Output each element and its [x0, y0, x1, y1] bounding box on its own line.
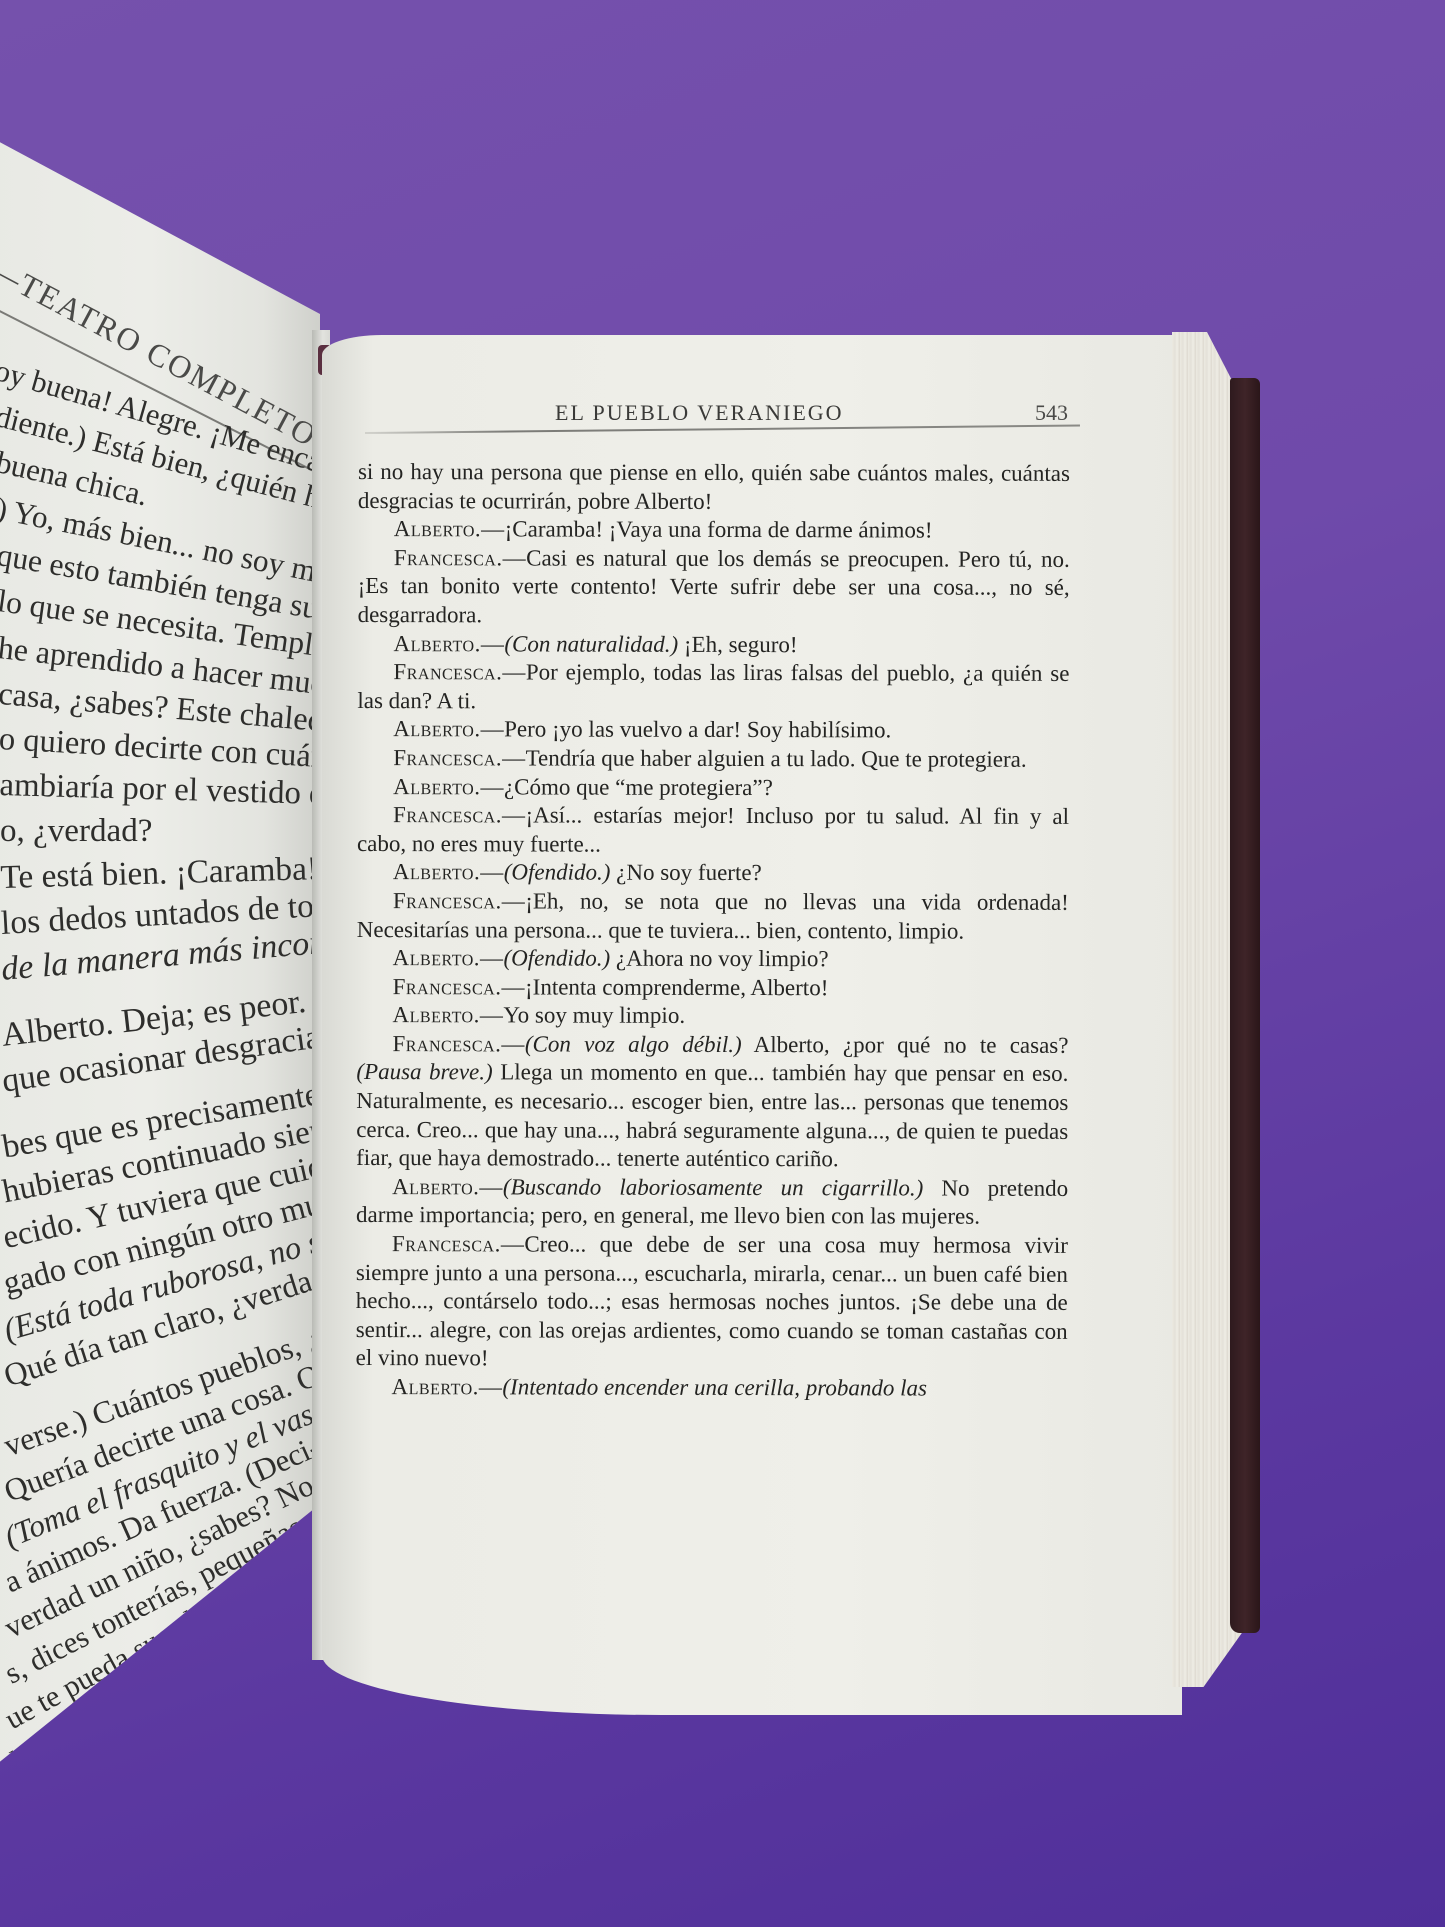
- speaker-name: Francesca.—: [393, 659, 525, 684]
- speaker-name: Alberto.—: [392, 1374, 503, 1399]
- speaker-name: Alberto.—: [393, 631, 504, 656]
- dialogue-paragraph: Alberto.—(Con naturalidad.) ¡Eh, seguro!: [357, 630, 1069, 660]
- stage-direction: (Ofendido.): [504, 945, 611, 970]
- dialogue-paragraph: Alberto.—(Ofendido.) ¿No soy fuerte?: [357, 858, 1069, 888]
- dialogue-text: ¿Ahora no voy limpio?: [610, 946, 829, 972]
- dialogue-text: ¿Cómo que “me protegiera”?: [504, 774, 773, 800]
- dialogue-paragraph: Alberto.—¡Caramba! ¡Vaya una forma de da…: [358, 515, 1070, 545]
- dialogue-text: si no hay una persona que piense en ello…: [358, 459, 1070, 514]
- speaker-name: Francesca.—: [392, 1231, 524, 1256]
- dialogue-text: Alberto, ¿por qué no te casas?: [742, 1032, 1069, 1058]
- dialogue-paragraph: Francesca.—¡Así... estarías mejor! Inclu…: [357, 801, 1069, 860]
- dialogue-text: ¡Eh, seguro!: [678, 631, 798, 656]
- speaker-name: Alberto.—: [393, 859, 504, 884]
- left-text-line: o, ¿verdad?: [0, 815, 152, 848]
- book-cover-edge: [1230, 378, 1260, 1633]
- dialogue-text: ¡Intenta comprenderme, Alberto!: [525, 974, 828, 1000]
- left-text-line: ambiaría por el vestido de es: [0, 769, 320, 812]
- dialogue-paragraph: si no hay una persona que piense en ello…: [358, 458, 1070, 517]
- dialogue-paragraph: Francesca.—Casi es natural que los demás…: [358, 544, 1070, 632]
- stage-direction: (Intentado encender una cerilla, proband…: [502, 1374, 927, 1400]
- stage-direction: (Con voz algo débil.): [525, 1031, 742, 1057]
- speaker-name: Alberto.—: [393, 1002, 504, 1027]
- stage-direction: (Buscando laboriosamente un cigarrillo.): [503, 1174, 923, 1200]
- dialogue-paragraph: Francesca.—Creo... que debe de ser una c…: [356, 1230, 1068, 1375]
- speaker-name: Francesca.—: [393, 802, 525, 827]
- speaker-name: Francesca.—: [393, 745, 525, 770]
- dialogue-paragraph: Alberto.—(Intentado encender una cerilla…: [356, 1373, 1068, 1403]
- dialogue-paragraph: Alberto.—Pero ¡yo las vuelvo a dar! Soy …: [357, 715, 1069, 745]
- speaker-name: Alberto.—: [394, 516, 505, 541]
- dialogue-text: Tendría que haber alguien a tu lado. Que…: [526, 745, 1027, 771]
- dialogue-paragraph: Francesca.—¡Intenta comprenderme, Albert…: [357, 973, 1069, 1003]
- dialogue-text: Pero ¡yo las vuelvo a dar! Soy habilísim…: [504, 717, 891, 743]
- speaker-name: Alberto.—: [393, 716, 504, 741]
- left-text-line: Te está bien. ¡Caramba! (Ha: [0, 851, 320, 895]
- right-page-text: si no hay una persona que piense en ello…: [356, 458, 1070, 1403]
- speaker-name: Francesca.—: [392, 1031, 524, 1056]
- dialogue-text: ¡Caramba! ¡Vaya una forma de darme ánimo…: [505, 517, 933, 543]
- speaker-name: Alberto.—: [393, 774, 504, 799]
- dialogue-paragraph: Alberto.—¿Cómo que “me protegiera”?: [357, 773, 1069, 803]
- speaker-name: Alberto.—: [393, 945, 504, 970]
- dialogue-paragraph: Francesca.—(Con voz algo débil.) Alberto…: [356, 1030, 1068, 1175]
- stage-direction: (Con naturalidad.): [504, 631, 678, 656]
- dialogue-paragraph: Francesca.—¡Eh, no, se nota que no lleva…: [357, 887, 1069, 946]
- speaker-name: Francesca.—: [393, 888, 525, 913]
- dialogue-text: Yo soy muy limpio.: [503, 1003, 685, 1028]
- stage-direction: (Ofendido.): [504, 860, 611, 885]
- left-page: —TEATRO COMPLETO oy buena! Alegre. ¡Me e…: [0, 110, 320, 1810]
- right-running-head: EL PUEBLO VERANIEGO: [555, 400, 844, 426]
- speaker-name: Francesca.—: [393, 974, 525, 999]
- dialogue-paragraph: Francesca.—Por ejemplo, todas las liras …: [357, 658, 1069, 717]
- speaker-name: Francesca.—: [394, 545, 526, 570]
- speaker-name: Alberto.—: [392, 1174, 503, 1199]
- dialogue-paragraph: Francesca.—Tendría que haber alguien a t…: [357, 744, 1069, 774]
- stage-direction: (Pausa breve.): [356, 1059, 492, 1084]
- dialogue-paragraph: Alberto.—(Buscando laboriosamente un cig…: [356, 1173, 1068, 1232]
- dialogue-paragraph: Alberto.—(Ofendido.) ¿Ahora no voy limpi…: [357, 944, 1069, 974]
- dialogue-text: ¿No soy fuerte?: [610, 860, 761, 885]
- dialogue-paragraph: Alberto.—Yo soy muy limpio.: [357, 1001, 1069, 1031]
- page-number: 543: [1035, 400, 1068, 426]
